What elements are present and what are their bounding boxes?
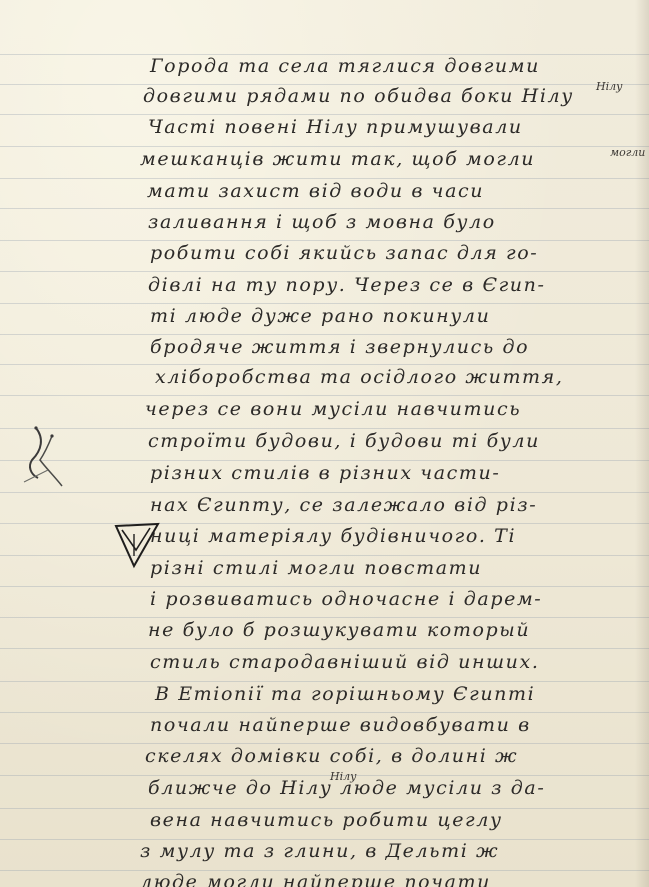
triangle-stamp-icon [112, 520, 162, 570]
ruled-line [0, 208, 649, 209]
text-line: скелях домівки собі, в долині ж [145, 745, 635, 767]
insertion-superscript: Нілу [596, 80, 623, 93]
text-line: довгими рядами по обидва боки Нілу [143, 85, 633, 107]
page-edge-shadow [635, 0, 649, 887]
ruled-line [0, 712, 649, 713]
ruled-line [0, 492, 649, 493]
ruled-line [0, 334, 649, 335]
text-line: нах Єгипту, се залежало від різ- [150, 494, 640, 516]
text-line: мати захист від води в часи [147, 180, 637, 202]
ruled-line [0, 555, 649, 556]
text-line: робити собі якийсь запас для го- [150, 242, 640, 264]
ruled-line [0, 586, 649, 587]
ruled-line [0, 523, 649, 524]
text-line: мешканців жити так, щоб могли [140, 148, 630, 170]
pencil-flourish-icon [18, 420, 68, 500]
ruled-line [0, 395, 649, 396]
text-line: з мулу та з глини, в Дельті ж [140, 840, 630, 862]
ruled-line [0, 617, 649, 618]
text-line: заливання і щоб з мовна було [148, 211, 638, 233]
ruled-line [0, 428, 649, 429]
ruled-line [0, 114, 649, 115]
text-line: ті люде дуже рано покинули [150, 305, 640, 327]
ruled-line [0, 681, 649, 682]
text-line: різні стилі могли повстати [150, 557, 640, 579]
text-line: В Етіопії та горішньому Єгипті [155, 683, 645, 705]
text-line: люде могли найперше почати [140, 871, 630, 887]
manuscript-page: Города та села тяглися довгими довгими р… [0, 0, 649, 887]
text-line: ближче до Нілу люде мусіли з да- [148, 777, 638, 799]
text-line: не було б розшукувати который [148, 619, 638, 641]
ruled-line [0, 743, 649, 744]
ruled-line [0, 303, 649, 304]
text-line: хліборобства та осідлого життя, [155, 366, 645, 388]
text-line: і розвиватись одночасне і дарем- [150, 588, 640, 610]
insertion-superscript: Нілу [330, 770, 357, 783]
ruled-line [0, 240, 649, 241]
text-line: дівлі на ту пору. Через се в Єгип- [148, 274, 638, 296]
text-line: вена навчитись робити цеглу [150, 809, 640, 831]
ruled-line [0, 271, 649, 272]
ruled-line [0, 364, 649, 365]
ruled-line [0, 146, 649, 147]
ruled-line [0, 178, 649, 179]
ruled-line [0, 648, 649, 649]
text-line: стиль стародавніший від инших. [150, 651, 640, 673]
text-line: Часті повені Нілу примушували [148, 116, 638, 138]
text-line: ниці матеріялу будівничого. Ті [150, 525, 640, 547]
ruled-line [0, 460, 649, 461]
text-line: почали найперше видовбувати в [150, 714, 640, 736]
text-line: через се вони мусіли навчитись [145, 398, 635, 420]
text-line: бродяче життя і звернулись до [150, 336, 640, 358]
text-line: строїти будови, і будови ті були [148, 430, 638, 452]
text-line: різних стилів в різних части- [150, 462, 640, 484]
text-line: Города та села тяглися довгими [150, 55, 640, 77]
ruled-line [0, 775, 649, 776]
